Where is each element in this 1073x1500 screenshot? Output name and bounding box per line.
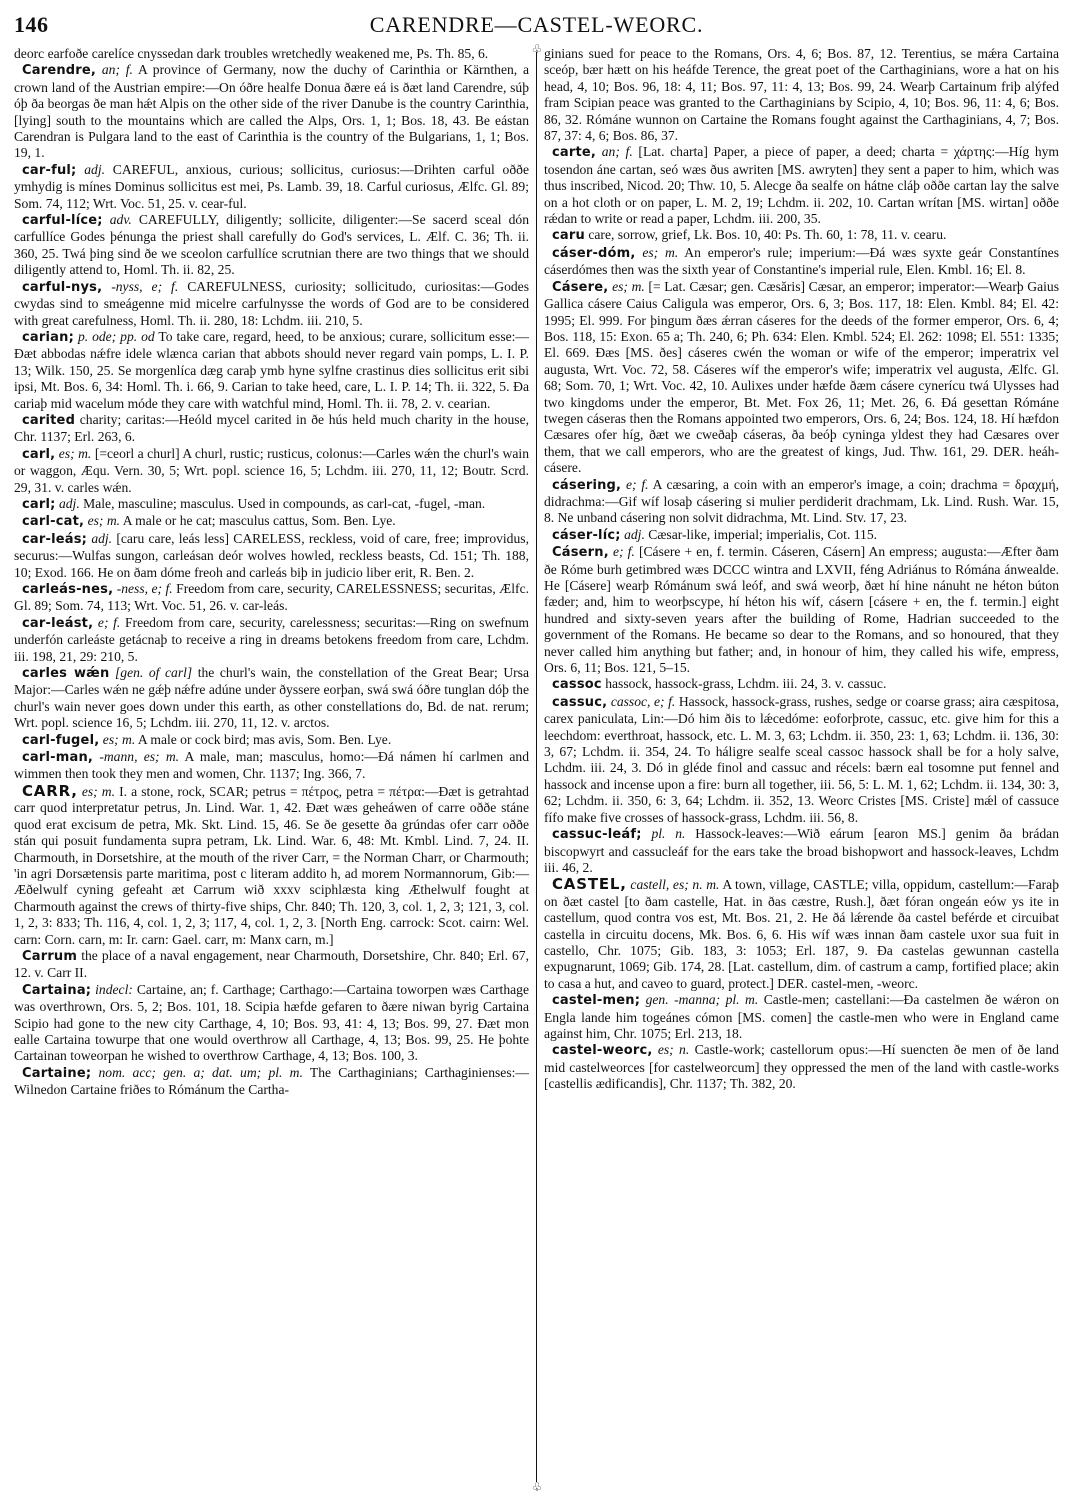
dictionary-entry: cassuc-leáf; pl. n. Hassock-leaves:—Wið … — [544, 826, 1059, 876]
entry-headword: carl-man, — [22, 750, 93, 765]
dictionary-entry: carful-líce; adv. CAREFULLY, diligently;… — [14, 212, 529, 279]
dictionary-entry: carful-nys, -nyss, e; f. CAREFULNESS, cu… — [14, 279, 529, 329]
entry-grammar: p. ode; pp. od — [78, 329, 155, 344]
entry-grammar: es; n. — [658, 1042, 689, 1057]
entry-definition: deorc earfoðe carelíce cnyssedan dark tr… — [14, 46, 488, 61]
entry-grammar: cassoc, e; f. — [611, 694, 675, 709]
entry-grammar: -ness, e; f. — [117, 581, 173, 596]
entry-definition: hassock, hassock-grass, Lchdm. iii. 24, … — [605, 676, 886, 691]
entry-definition: [Cásere + en, f. termin. Cáseren, Cásern… — [544, 544, 1059, 675]
entry-headword: Carendre, — [22, 63, 96, 78]
dictionary-entry: castel-weorc, es; n. Castle-work; castel… — [544, 1042, 1059, 1092]
dictionary-entry: cáser-dóm, es; m. An emperor's rule; imp… — [544, 245, 1059, 279]
entry-grammar: es; m. — [612, 279, 645, 294]
dictionary-entry: carl-man, -mann, es; m. A male, man; mas… — [14, 749, 529, 783]
entry-headword: cáser-líc; — [552, 528, 621, 543]
running-head: CARENDRE—CASTEL-WEORC. — [14, 12, 1059, 38]
entry-headword: Cartaine; — [22, 1066, 91, 1081]
entry-definition: Cartaine, an; f. Carthage; Carthago:—Car… — [14, 982, 529, 1064]
entry-grammar: es; m. — [59, 446, 92, 461]
entry-grammar: [gen. of carl] — [115, 665, 192, 680]
entry-headword: castel-weorc, — [552, 1043, 653, 1058]
entry-definition: Cæsar-like, imperial; imperialis, Cot. 1… — [648, 527, 877, 542]
entry-headword: cassuc, — [552, 695, 607, 710]
entry-definition: charity; caritas:—Heóld mycel carited in… — [14, 412, 529, 444]
entry-definition: A cæsaring, a coin with an emperor's ima… — [544, 477, 1059, 526]
dictionary-entry: Carrum the place of a naval engagement, … — [14, 948, 529, 982]
entry-headword: carited — [22, 413, 75, 428]
dictionary-entry: Cásere, es; m. [= Lat. Cæsar; gen. Cæsăr… — [544, 279, 1059, 477]
two-column-body: deorc earfoðe carelíce cnyssedan dark tr… — [14, 46, 1059, 1490]
dictionary-entry: car-ful; adj. CAREFUL, anxious, curious;… — [14, 162, 529, 212]
entry-headword: cásering, — [552, 478, 621, 493]
entry-grammar: indecl: — [95, 982, 133, 997]
entry-grammar: e; f. — [98, 615, 120, 630]
entry-grammar: castell, es; n. m. — [630, 877, 719, 892]
dictionary-entry: caru care, sorrow, grief, Lk. Bos. 10, 4… — [544, 227, 1059, 244]
dictionary-entry: carles wǽn [gen. of carl] the churl's wa… — [14, 665, 529, 732]
entry-headword: CASTEL, — [552, 875, 627, 893]
entry-grammar: e; f. — [626, 477, 649, 492]
right-column: ginians sued for peace to the Romans, Or… — [544, 46, 1059, 1490]
entry-headword: carl-fugel, — [22, 733, 99, 748]
dictionary-entry: car-leás; adj. [caru care, leás less] CA… — [14, 531, 529, 581]
dictionary-entry: castel-men; gen. -manna; pl. m. Castle-m… — [544, 992, 1059, 1042]
entry-headword: castel-men; — [552, 993, 640, 1008]
dictionary-entry: carl, es; m. [=ceorl a churl] A churl, r… — [14, 446, 529, 496]
dictionary-entry: carited charity; caritas:—Heóld mycel ca… — [14, 412, 529, 446]
dictionary-entry: ginians sued for peace to the Romans, Or… — [544, 46, 1059, 144]
entry-grammar: adj. — [84, 162, 105, 177]
entry-headword: carful-nys, — [22, 280, 102, 295]
dictionary-entry: carl; adj. Male, masculine; masculus. Us… — [14, 496, 529, 513]
entry-grammar: -nyss, e; f. — [111, 279, 178, 294]
entry-headword: caru — [552, 228, 585, 243]
entry-grammar: adj. — [59, 496, 80, 511]
entry-headword: carte, — [552, 145, 596, 160]
dictionary-entry: carl-fugel, es; m. A male or cock bird; … — [14, 732, 529, 749]
entry-headword: carles wǽn — [22, 666, 109, 681]
entry-headword: carl, — [22, 447, 55, 462]
entry-headword: carful-líce; — [22, 213, 103, 228]
dictionary-entry: carleás-nes, -ness, e; f. Freedom from c… — [14, 581, 529, 615]
clover-ornament-icon: ♧ — [530, 42, 544, 56]
entry-definition: Male, masculine; masculus. Used in compo… — [83, 496, 485, 511]
entry-grammar: es; m. — [642, 245, 678, 260]
left-column: deorc earfoðe carelíce cnyssedan dark tr… — [14, 46, 529, 1490]
entry-grammar: adv. — [110, 212, 132, 227]
dictionary-entry: CARR, es; m. I. a stone, rock, SCAR; pet… — [14, 783, 529, 948]
entry-grammar: adj. — [624, 527, 645, 542]
dictionary-entry: cásering, e; f. A cæsaring, a coin with … — [544, 477, 1059, 527]
entry-headword: carl-cat, — [22, 514, 84, 529]
column-divider — [536, 52, 537, 1482]
entry-grammar: es; m. — [103, 732, 135, 747]
entry-headword: cassuc-leáf; — [552, 827, 642, 842]
entry-definition: I. a stone, rock, SCAR; petrus = πέτρος,… — [14, 784, 529, 947]
entry-definition: A male or cock bird; mas avis, Som. Ben.… — [138, 732, 391, 747]
dictionary-entry: CASTEL, castell, es; n. m. A town, villa… — [544, 876, 1059, 992]
entry-headword: carl; — [22, 497, 56, 512]
entry-headword: car-ful; — [22, 163, 76, 178]
dictionary-entry: carte, an; f. [Lat. charta] Paper, a pie… — [544, 144, 1059, 227]
entry-grammar: gen. -manna; pl. m. — [646, 992, 759, 1007]
entry-grammar: nom. acc; gen. a; dat. um; pl. m. — [99, 1065, 303, 1080]
entry-headword: car-leást, — [22, 616, 93, 631]
entry-definition: the place of a naval engagement, near Ch… — [14, 948, 529, 980]
entry-headword: Cásere, — [552, 280, 608, 295]
entry-grammar: an; f. — [602, 144, 633, 159]
dictionary-entry: carian; p. ode; pp. od To take care, reg… — [14, 329, 529, 412]
entry-grammar: es; m. — [88, 513, 120, 528]
entry-grammar: es; m. — [82, 784, 115, 799]
entry-headword: car-leás; — [22, 532, 87, 547]
dictionary-entry: car-leást, e; f. Freedom from care, secu… — [14, 615, 529, 665]
entry-definition: Hassock, hassock-grass, rushes, sedge or… — [544, 694, 1059, 825]
entry-definition: A male or he cat; masculus cattus, Som. … — [123, 513, 396, 528]
dictionary-entry: Cásern, e; f. [Cásere + en, f. termin. C… — [544, 544, 1059, 676]
entry-headword: Cartaina; — [22, 983, 91, 998]
entry-headword: carleás-nes, — [22, 582, 113, 597]
dictionary-entry: cassoc hassock, hassock-grass, Lchdm. ii… — [544, 676, 1059, 693]
entry-grammar: pl. n. — [651, 826, 685, 841]
entry-definition: [=ceorl a churl] A churl, rustic; rustic… — [14, 446, 529, 495]
entry-grammar: -mann, es; m. — [99, 749, 179, 764]
entry-grammar: e; f. — [613, 544, 635, 559]
entry-definition: ginians sued for peace to the Romans, Or… — [544, 46, 1059, 143]
entry-headword: Carrum — [22, 949, 77, 964]
entry-grammar: an; f. — [102, 62, 133, 77]
entry-headword: cáser-dóm, — [552, 246, 636, 261]
entry-headword: CARR, — [22, 782, 78, 800]
entry-grammar: adj. — [91, 531, 112, 546]
entry-definition: A town, village, CASTLE; villa, oppidum,… — [544, 877, 1059, 990]
dictionary-entry: carl-cat, es; m. A male or he cat; mascu… — [14, 513, 529, 530]
entry-definition: [= Lat. Cæsar; gen. Cæsăris] Cæsar, an e… — [544, 279, 1059, 475]
dictionary-entry: Cartaine; nom. acc; gen. a; dat. um; pl.… — [14, 1065, 529, 1099]
entry-headword: carian; — [22, 330, 74, 345]
dictionary-entry: Carendre, an; f. A province of Germany, … — [14, 62, 529, 161]
entry-headword: Cásern, — [552, 545, 609, 560]
entry-definition: care, sorrow, grief, Lk. Bos. 10, 40: Ps… — [588, 227, 946, 242]
clover-ornament-icon: ♧ — [530, 1480, 544, 1494]
dictionary-entry: cassuc, cassoc, e; f. Hassock, hassock-g… — [544, 694, 1059, 826]
entry-headword: cassoc — [552, 677, 602, 692]
page-header: 146 CARENDRE—CASTEL-WEORC. — [14, 10, 1059, 40]
dictionary-entry: Cartaina; indecl: Cartaine, an; f. Carth… — [14, 982, 529, 1065]
dictionary-entry: deorc earfoðe carelíce cnyssedan dark tr… — [14, 46, 529, 62]
dictionary-entry: cáser-líc; adj. Cæsar-like, imperial; im… — [544, 527, 1059, 544]
